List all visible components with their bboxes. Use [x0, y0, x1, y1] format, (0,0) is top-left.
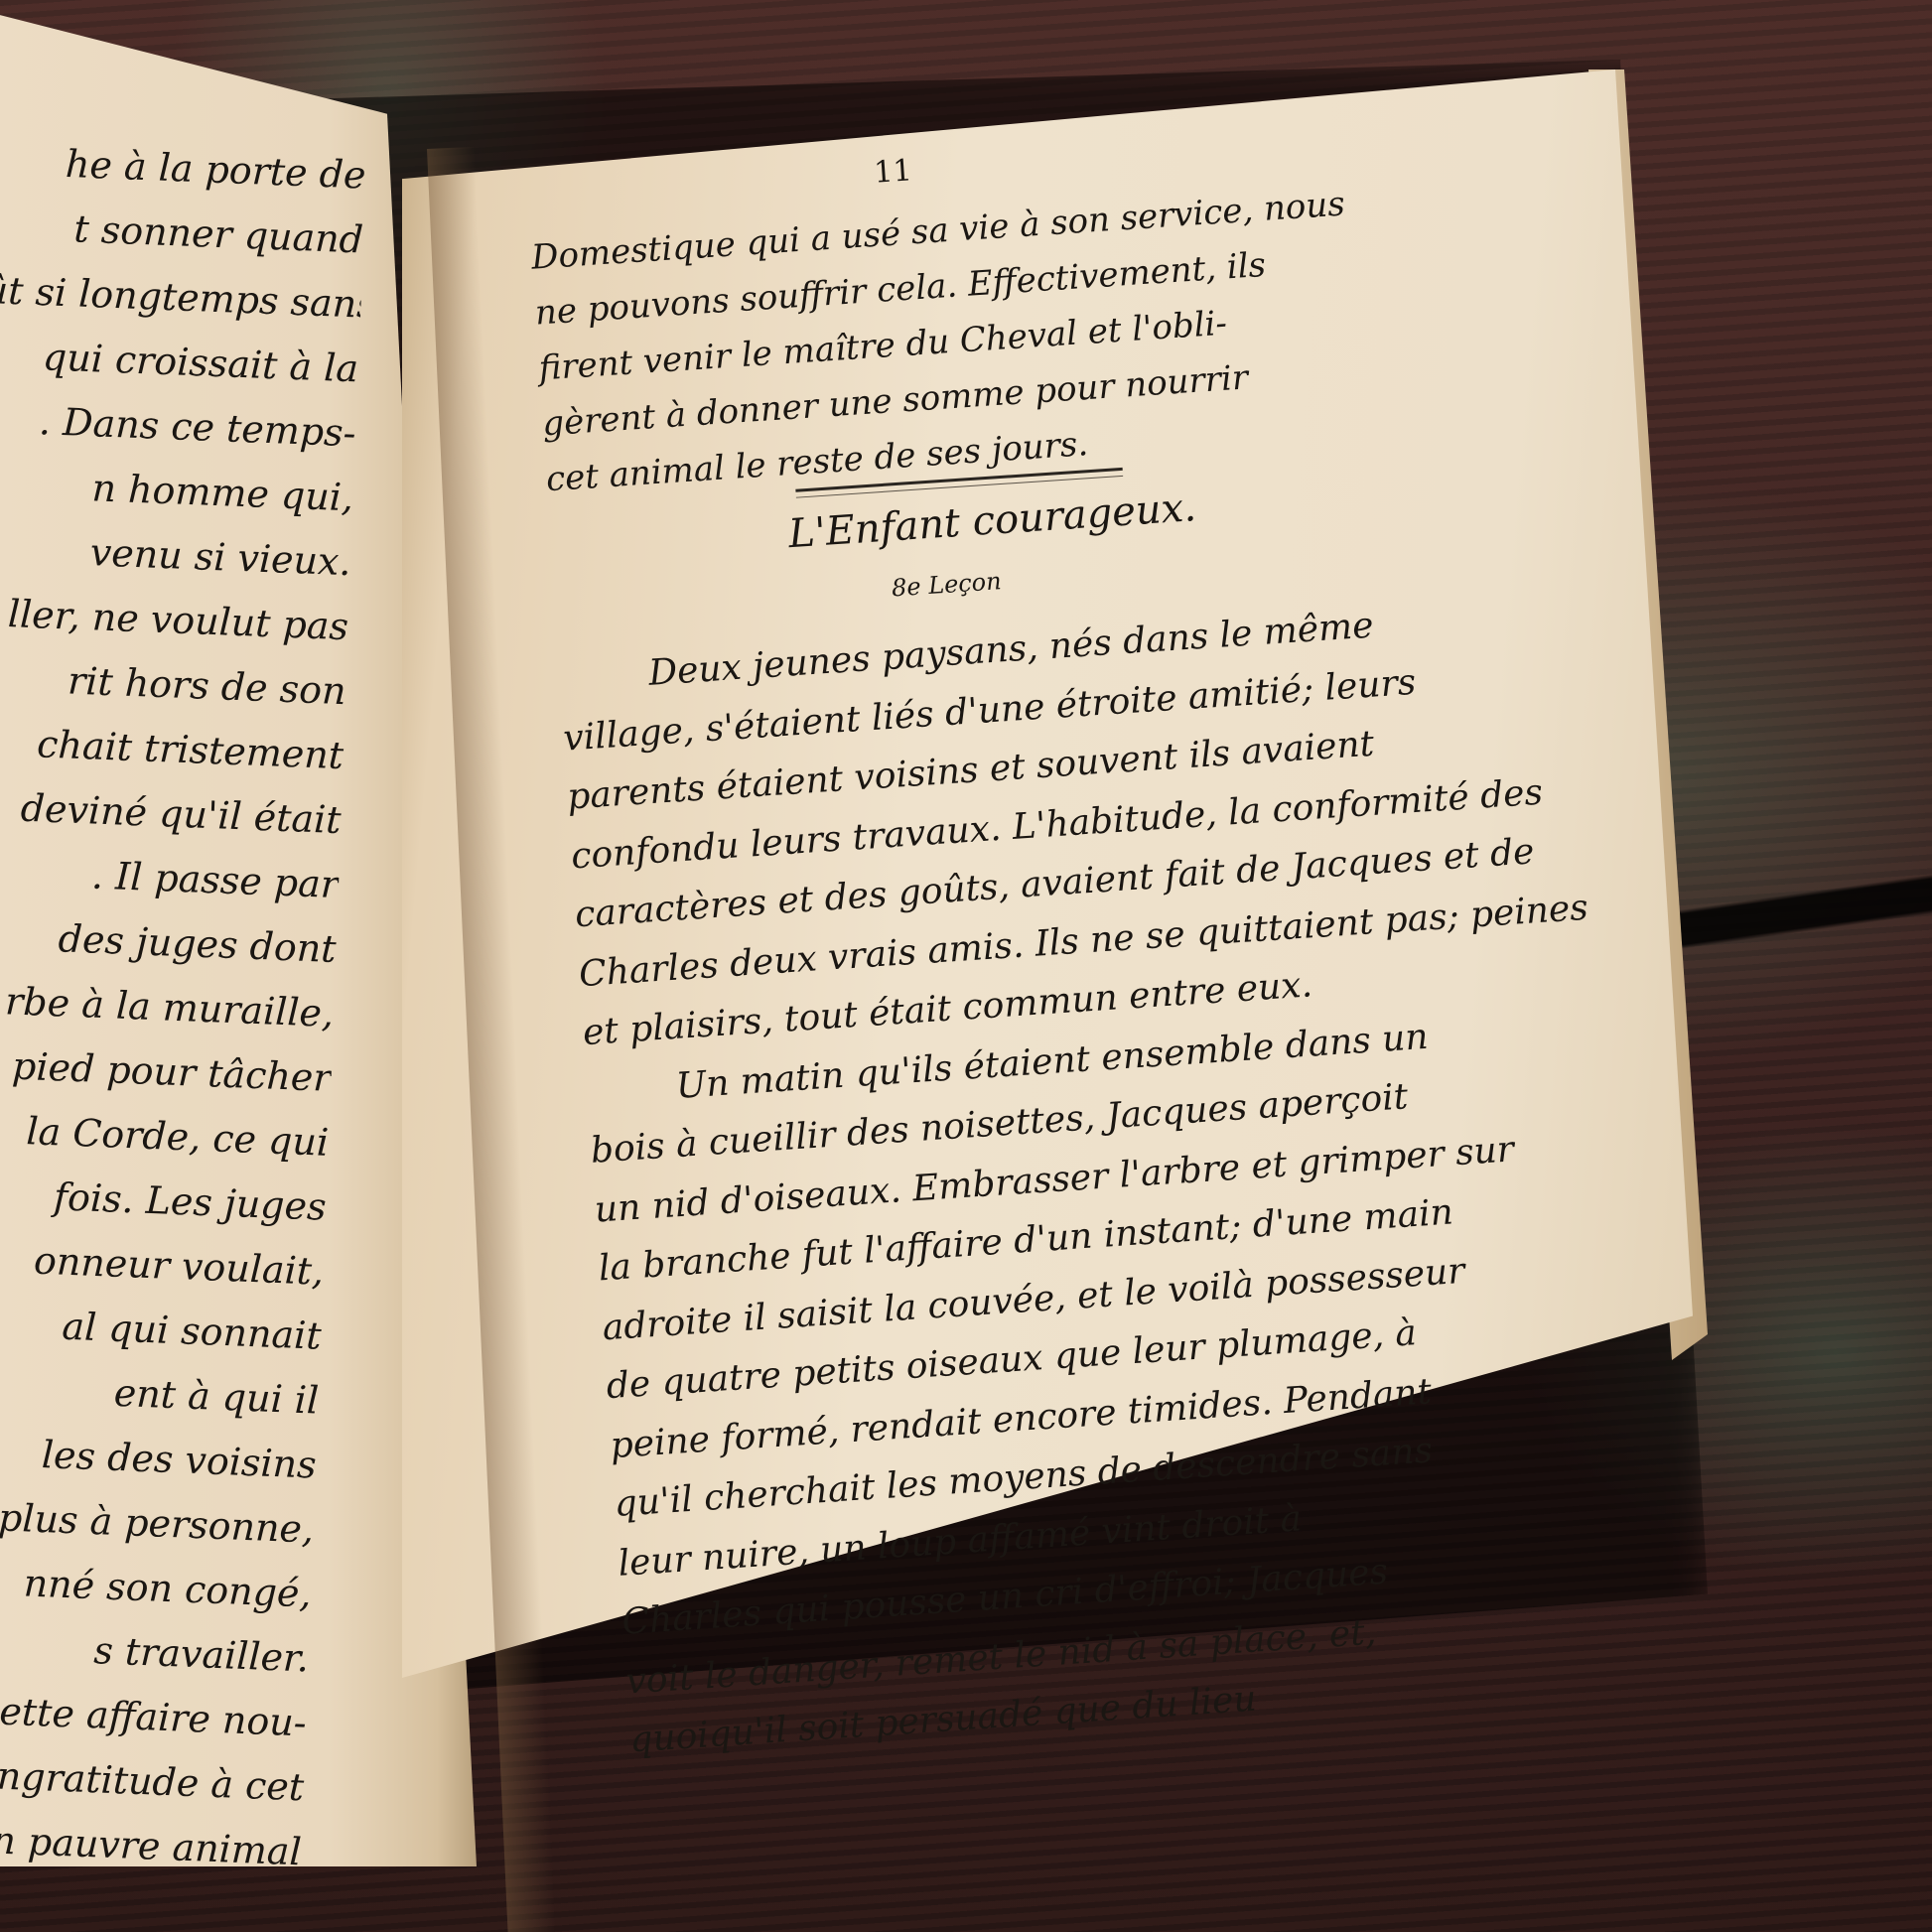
left-line: rbe à la muraille,	[0, 967, 335, 1046]
left-line: fois. Les juges	[0, 1161, 328, 1240]
page-number: 11	[873, 153, 912, 190]
left-line: pied pour tâcher	[0, 1032, 333, 1111]
left-line: n pauvre animal	[0, 1806, 303, 1885]
left-line: , cette affaire nou-	[0, 1677, 308, 1756]
left-line: . Dans ce temps-	[0, 387, 357, 467]
left-line: al qui sonnait	[0, 1290, 323, 1369]
left-line: ller, ne voulut pas	[0, 581, 349, 660]
left-line: les des voisins	[0, 1419, 318, 1498]
continuation-paragraph: Domestique qui a usé sa vie à son servic…	[529, 176, 1361, 507]
left-line: nné son congé,	[0, 1548, 313, 1627]
left-line: s travailler.	[0, 1612, 310, 1692]
left-line: t plus à personne,	[0, 1483, 315, 1563]
left-line: deviné qu'il était	[0, 774, 343, 854]
left-line: onneur voulait,	[0, 1225, 325, 1305]
left-line: ngratitude à cet	[0, 1741, 305, 1821]
left-line: ent à qui il	[0, 1354, 320, 1434]
story-paragraph: Deux jeunes paysans, nés dans le même vi…	[558, 583, 1641, 1770]
left-line: la Corde, ce qui	[0, 1096, 330, 1175]
